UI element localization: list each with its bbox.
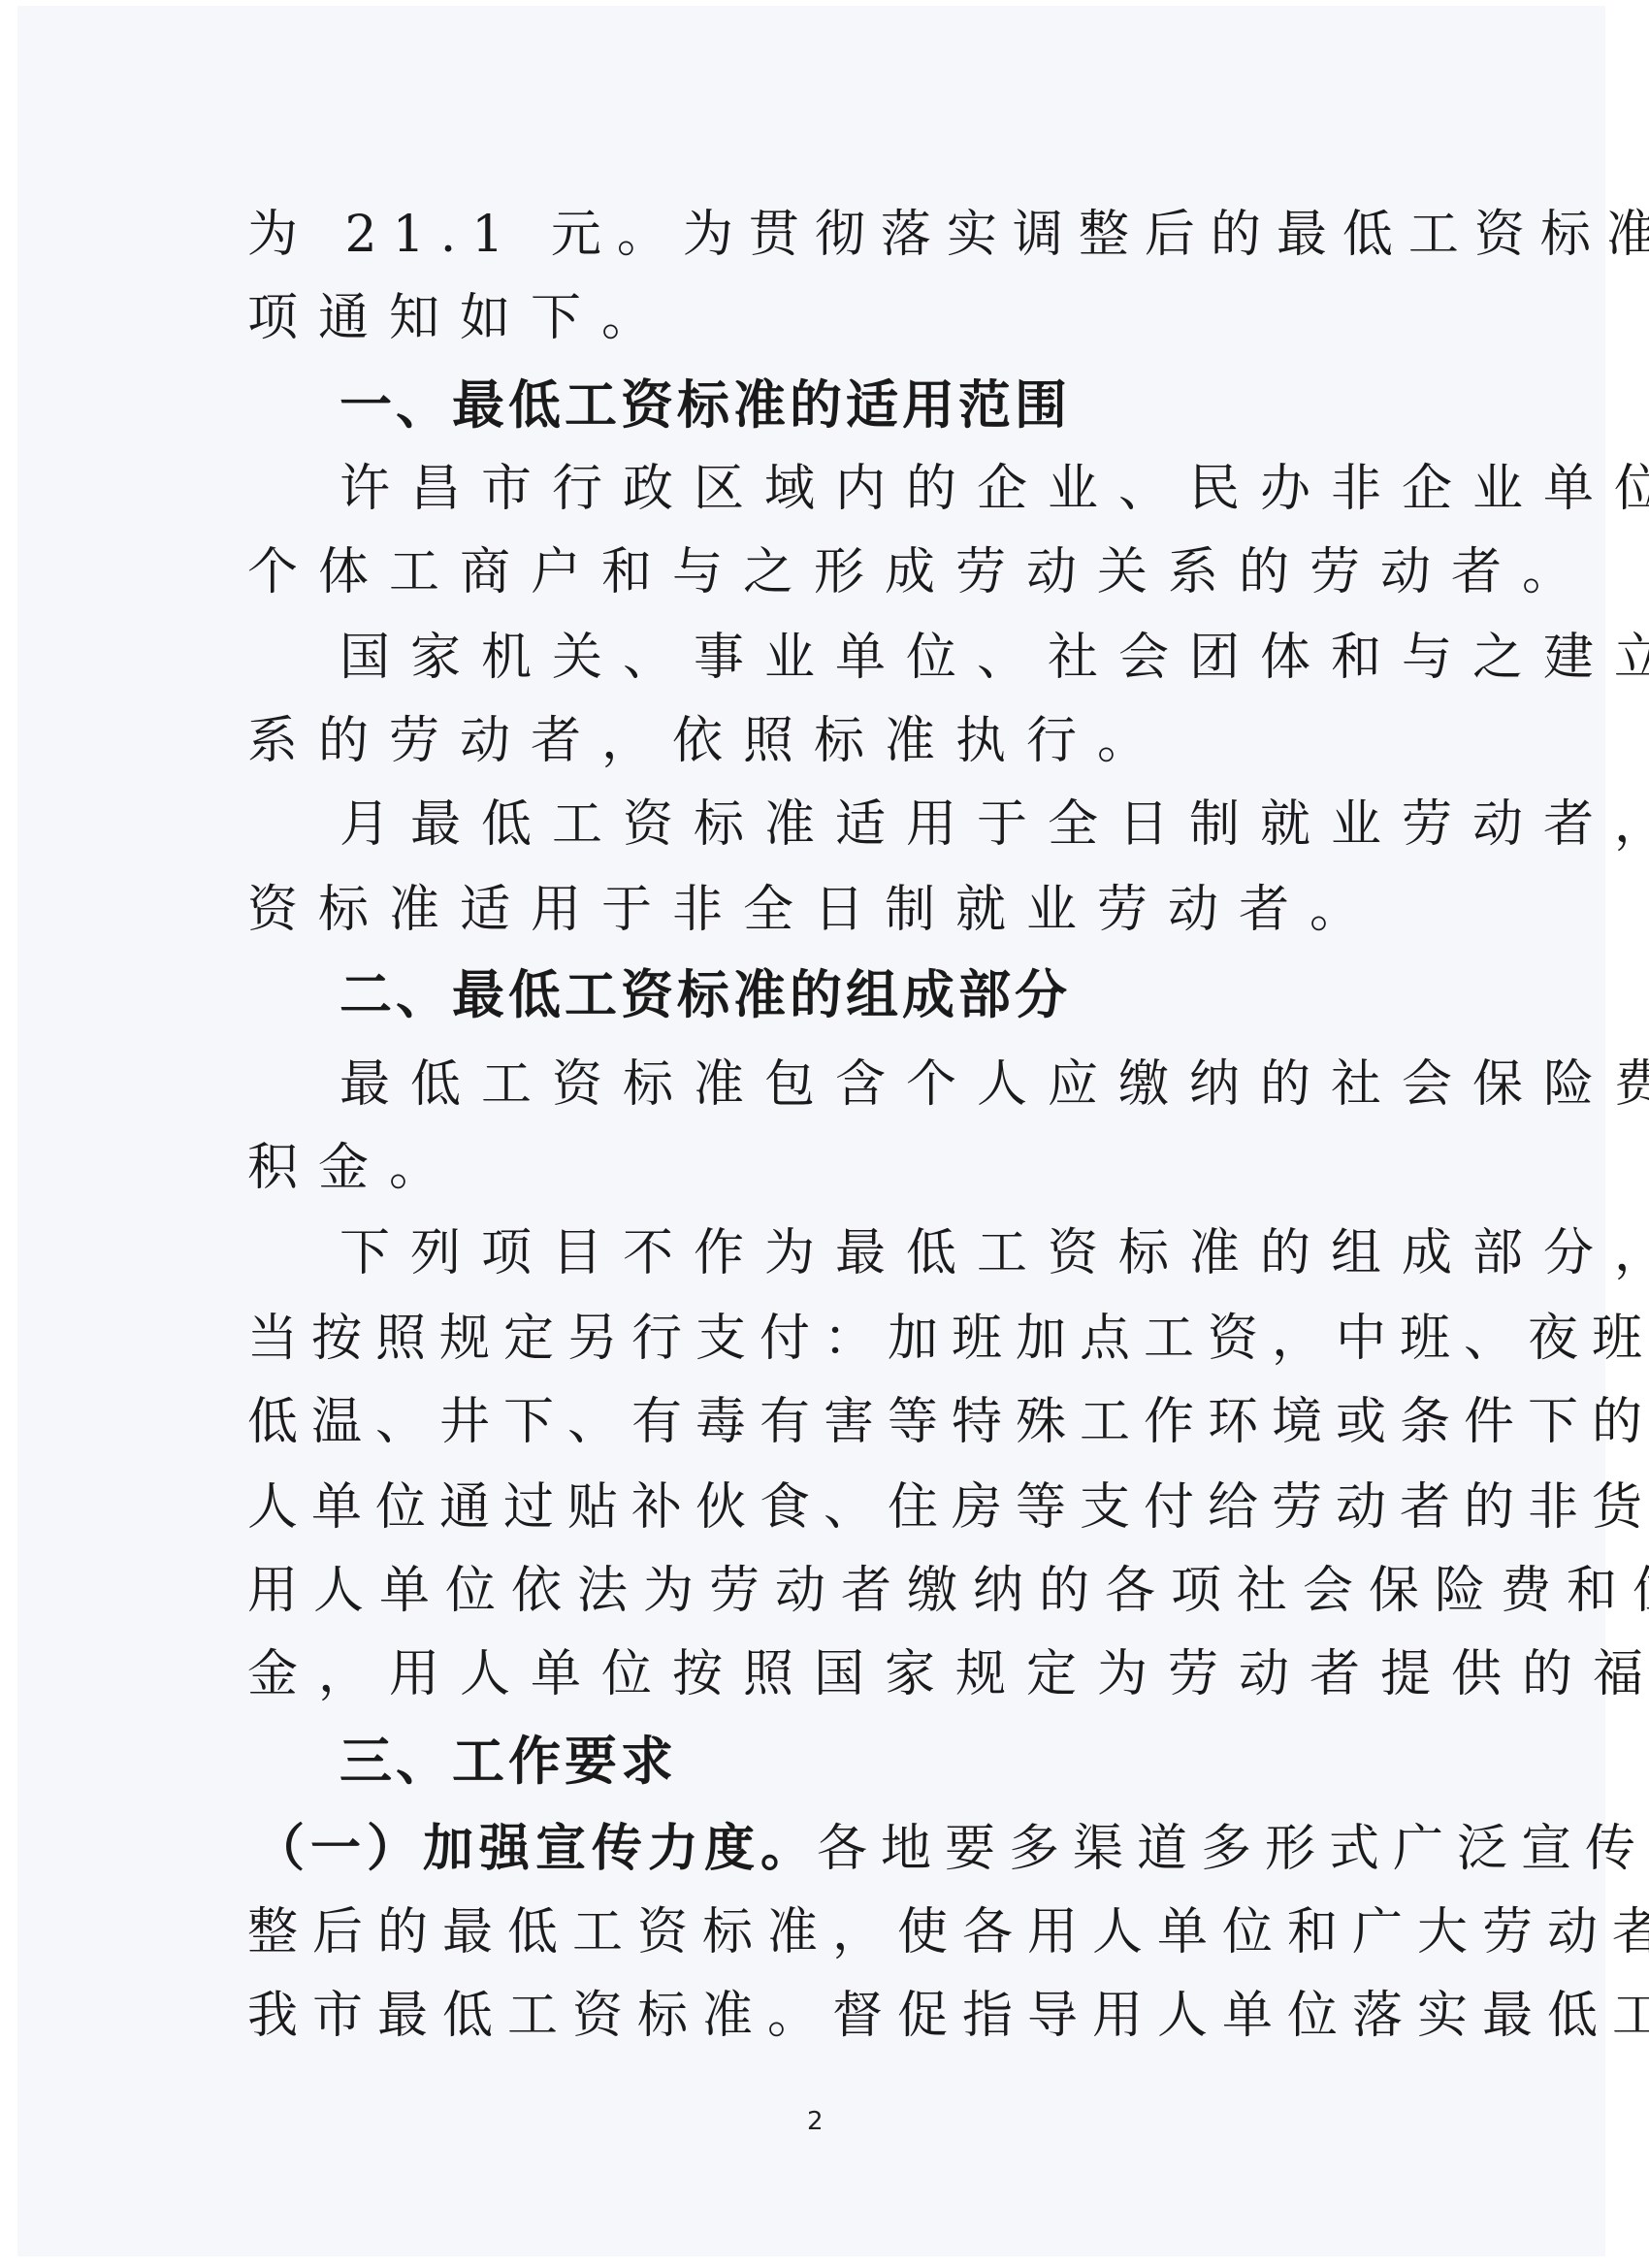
paragraph-line: 国家机关、事业单位、社会团体和与之建立劳动合同关	[339, 629, 1649, 687]
section-heading-3: 三、工作要求	[339, 1733, 677, 1791]
paragraph-line: 月最低工资标准适用于全日制就业劳动者，小时最低工	[339, 795, 1649, 854]
paragraph-line: （一）加强宣传力度。各地要多渠道多形式广泛宣传调	[254, 1820, 1649, 1878]
paragraph-line: 项通知如下。	[247, 289, 672, 347]
subsection-title: （一）加强宣传力度。	[254, 1820, 817, 1878]
paragraph-line: 为 21.1 元。为贯彻落实调整后的最低工资标准，现就有关事	[247, 206, 1649, 264]
paragraph-line: 整后的最低工资标准，使各用人单位和广大劳动者及时了解	[247, 1903, 1649, 1961]
section-heading-1: 一、最低工资标准的适用范围	[339, 376, 1071, 435]
paragraph-line: 人单位通过贴补伙食、住房等支付给劳动者的非货币性收入，	[247, 1478, 1649, 1537]
paragraph-line: 当按照规定另行支付：加班加点工资，中班、夜班、高温、	[247, 1310, 1649, 1368]
subsection-text: 各地要多渠道多形式广泛宣传调	[817, 1820, 1649, 1878]
paragraph-line: 积金。	[247, 1139, 460, 1197]
paragraph-line: 我市最低工资标准。督促指导用人单位落实最低工资标准，	[247, 1987, 1649, 2045]
paragraph-line: 资标准适用于非全日制就业劳动者。	[247, 881, 1380, 939]
paragraph-line: 系的劳动者，依照标准执行。	[247, 712, 1168, 770]
paragraph-line: 金，用人单位按照国家规定为劳动者提供的福利待遇。	[247, 1645, 1649, 1703]
paragraph-line: 用人单位依法为劳动者缴纳的各项社会保险费和住房公积	[247, 1562, 1649, 1620]
paragraph-line: 个体工商户和与之形成劳动关系的劳动者。	[247, 543, 1593, 601]
paragraph-line: 低温、井下、有毒有害等特殊工作环境或条件下的津贴，用	[247, 1393, 1649, 1451]
page-number: 2	[807, 2107, 824, 2136]
paragraph-line: 最低工资标准包含个人应缴纳的社会保险费和住房公	[339, 1055, 1649, 1114]
paragraph-line: 许昌市行政区域内的企业、民办非企业单位、有雇工的	[339, 460, 1649, 518]
paragraph-line: 下列项目不作为最低工资标准的组成部分，用人单位应	[339, 1224, 1649, 1282]
section-heading-2: 二、最低工资标准的组成部分	[339, 966, 1071, 1024]
